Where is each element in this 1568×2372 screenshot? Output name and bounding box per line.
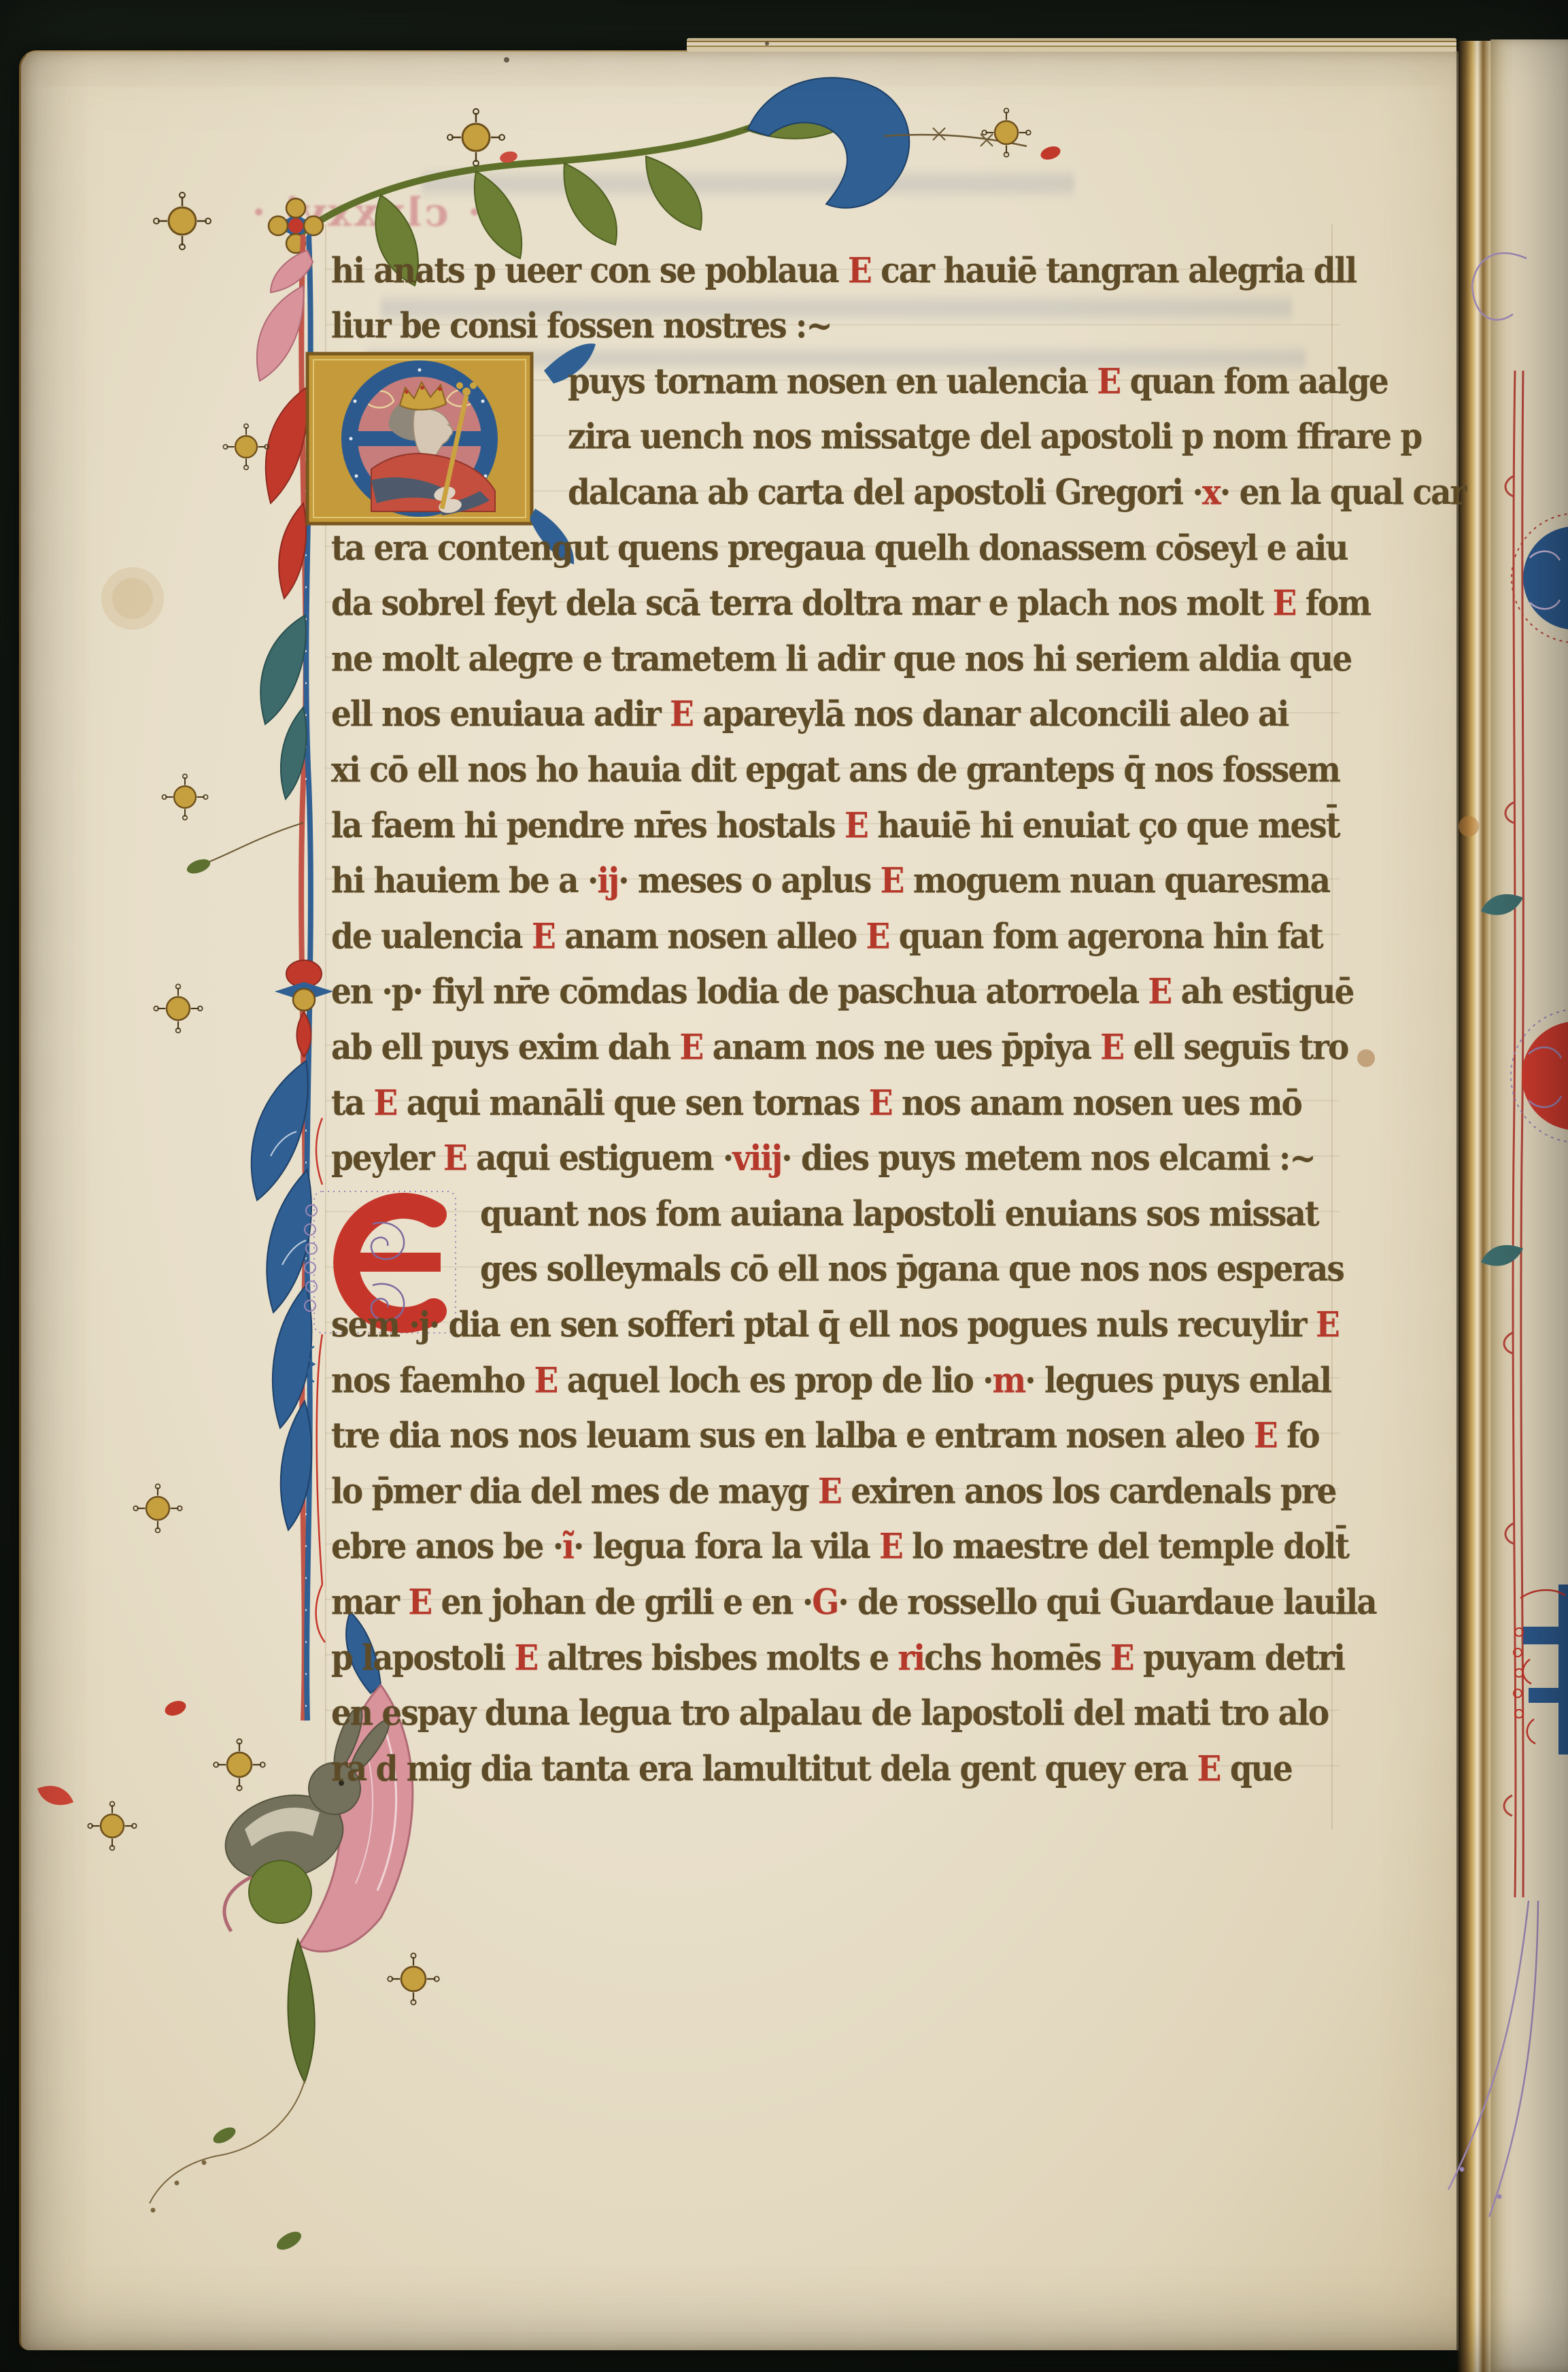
manuscript-text-line: liur be consi fossen nostres :~: [331, 305, 832, 347]
manuscript-text-line: la faem hi pendre nr̄es hostals E hauiē …: [331, 805, 1340, 847]
page-fore-edge: [1456, 41, 1490, 2372]
page-stack-edges: [687, 38, 1456, 52]
manuscript-photo: · clxxxvi ·: [0, 0, 1568, 2372]
manuscript-text-line: peyler E aqui estiguem ·viij· dies puys …: [331, 1138, 1315, 1179]
manuscript-text-line: puys tornam nosen en ualencia E quan fom…: [568, 361, 1388, 403]
manuscript-text-line: lo p̄mer dia del mes de mayg E exiren an…: [331, 1471, 1335, 1512]
manuscript-text-line: quant nos fom auiana lapostoli enuians s…: [480, 1193, 1318, 1235]
manuscript-text-line: p lapostoli E altres bisbes molts e rich…: [331, 1638, 1344, 1679]
manuscript-text-line: da sobrel feyt dela scā terra doltra mar…: [331, 583, 1370, 624]
folio-number: · clxxxvi ·: [162, 189, 481, 235]
manuscript-text-line: nos faemho E aquel loch es prop de lio ·…: [331, 1360, 1331, 1402]
manuscript-text-line: ab ell puys exim dah E anam nos ne ues p…: [331, 1027, 1348, 1068]
manuscript-text-line: zira uench nos missatge del apostoli p n…: [568, 416, 1421, 458]
manuscript-text-line: ta E aqui manāli que sen tornas E nos an…: [331, 1083, 1301, 1124]
manuscript-text-line: dalcana ab carta del apostoli Gregori ·x…: [568, 472, 1465, 513]
manuscript-text-line: en ·p· fiyl nr̄e cōmdas lodia de paschua…: [331, 971, 1353, 1013]
manuscript-text-line: xi cō ell nos ho hauia dit epgat ans de …: [331, 749, 1340, 791]
manuscript-text-line: mar E en johan de grili e en ·G· de ross…: [331, 1582, 1376, 1623]
manuscript-text-line: ne molt alegre e trametem li adir que no…: [331, 639, 1351, 680]
manuscript-text-line: en espay duna legua tro alpalau de lapos…: [331, 1693, 1328, 1734]
manuscript-text-line: ra d mig dia tanta era lamultitut dela g…: [331, 1748, 1292, 1790]
manuscript-text-line: sem ·j· dia en sen sofferi ptal q̄ ell n…: [331, 1304, 1339, 1346]
manuscript-text-line: ta era contengut quens pregaua quelh don…: [331, 528, 1347, 569]
manuscript-text-line: hi hauiem be a ·ij· meses o aplus E mogu…: [331, 860, 1329, 902]
facing-page: [1490, 39, 1568, 2372]
manuscript-text-line: tre dia nos nos leuam sus en lalba e ent…: [331, 1415, 1319, 1457]
manuscript-text-line: hi anats p ueer con se poblaua E car hau…: [331, 250, 1356, 292]
manuscript-text-line: de ualencia E anam nosen alleo E quan fo…: [331, 916, 1323, 958]
manuscript-text-line: ges solleymals cō ell nos p̄gana que nos…: [480, 1249, 1344, 1290]
manuscript-text-line: ebre anos be ·ĩ· legua fora la vila E lo…: [331, 1526, 1348, 1568]
margin-rule-left: [325, 224, 326, 1829]
manuscript-text-line: ell nos enuiaua adir E apareylā nos dana…: [331, 694, 1288, 735]
show-through-text: [422, 167, 1074, 200]
